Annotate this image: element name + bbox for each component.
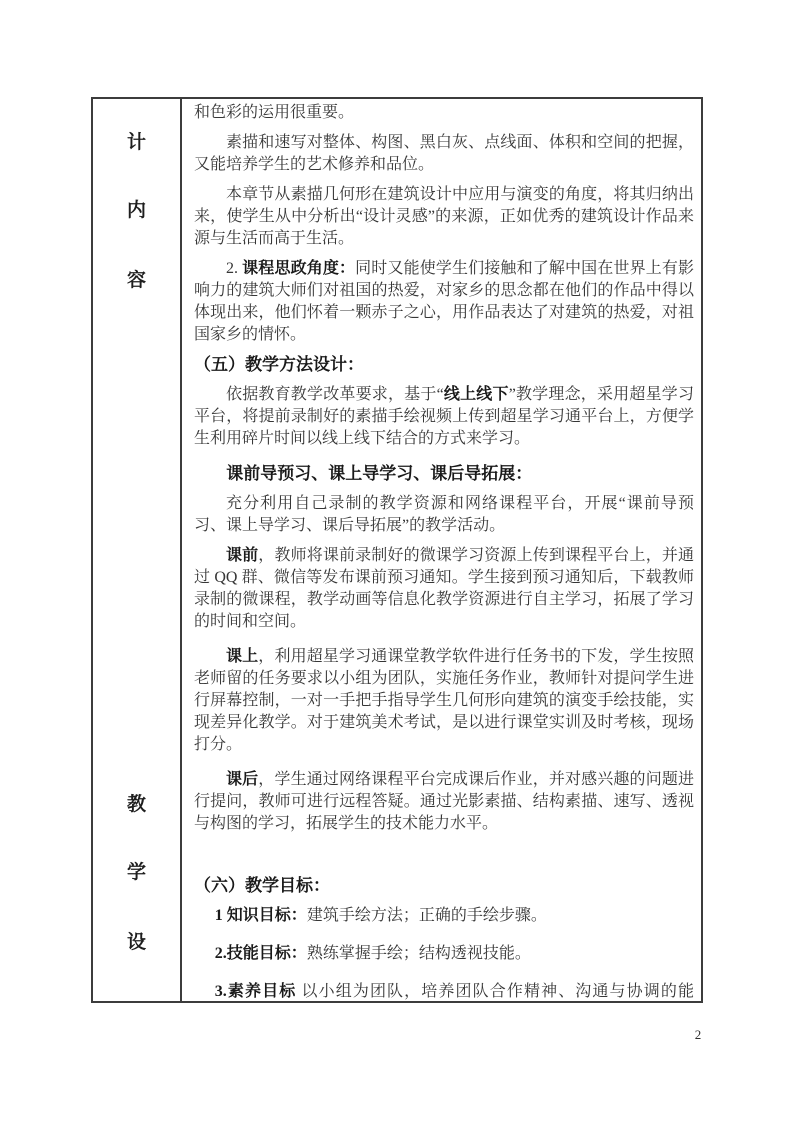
text-run: 1 知识目标： [215,907,307,924]
text-run: 课后 [226,771,258,788]
text-run: 建筑手绘方法；正确的手绘步骤。 [307,907,547,924]
paragraph: 素描和速写对整体、构图、黑白灰、点线面、体积和空间的把握，又能培养学生的艺术修养… [194,132,694,176]
text-run: 3.素养目标 [215,983,297,1000]
page-number: 2 [688,1027,708,1043]
text-run: （五）教学方法设计： [194,355,364,374]
section-heading: （五）教学方法设计： [194,354,694,376]
section-subheading: 课前导预习、课上导学习、课后导拓展： [194,463,694,485]
text-run: 充分利用自己录制的教学资源和网络课程平台，开展“课前导预习、课上导学习、课后导拓… [194,495,694,534]
text-run: 和色彩的运用很重要。 [194,104,354,121]
label-char: 设 [93,932,180,954]
text-run: 线上线下 [444,386,509,403]
text-run: ，利用超星学习通课堂教学软件进行任务书的下发，学生按照老师留的任务要求以小组为团… [194,648,694,753]
text-run: 本章节从素描几何形在建筑设计中应用与演变的角度，将其归纳出来，使学生从中分析出“… [194,186,694,247]
label-char: 计 [93,132,180,154]
goal-item: 3.素养目标 以小组为团队，培养团队合作精神、沟通与协调的能力。 [194,981,694,1001]
label-char: 内 [93,200,180,222]
goal-item: 2.技能目标：熟练掌握手绘；结构透视技能。 [194,943,694,965]
text-run: 课前导预习、课上导学习、课后导拓展： [226,464,532,483]
paragraph: 课上，利用超星学习通课堂教学软件进行任务书的下发，学生按照老师留的任务要求以小组… [194,646,694,756]
label-char: 教 [93,794,180,816]
table-label-cell: 计内容教学设 [93,99,182,1001]
text-run: 课前 [226,547,258,564]
label-char: 学 [93,862,180,884]
text-run: （六）教学目标： [194,876,330,895]
text-run: 课上 [226,648,258,665]
text-run: 熟练掌握手绘；结构透视技能。 [307,945,531,962]
paragraph: 本章节从素描几何形在建筑设计中应用与演变的角度，将其归纳出来，使学生从中分析出“… [194,184,694,250]
paragraph: 课前，教师将课前录制好的微课学习资源上传到课程平台上，并通过 QQ 群、微信等发… [194,545,694,633]
text-run: ，教师将课前录制好的微课学习资源上传到课程平台上，并通过 QQ 群、微信等发布课… [194,547,694,630]
text-run: 依据教育教学改革要求，基于“ [226,386,444,403]
goal-item: 1 知识目标：建筑手绘方法；正确的手绘步骤。 [194,905,694,927]
text-run: 素描和速写对整体、构图、黑白灰、点线面、体积和空间的把握，又能培养学生的艺术修养… [194,134,694,173]
text-run: 2. [226,260,242,277]
lesson-plan-table: 计内容教学设 和色彩的运用很重要。素描和速写对整体、构图、黑白灰、点线面、体积和… [91,97,703,1003]
table-content-cell: 和色彩的运用很重要。素描和速写对整体、构图、黑白灰、点线面、体积和空间的把握，又… [182,99,701,1001]
paragraph: 2. 课程思政角度：同时又能使学生们接触和了解中国在世界上有影响力的建筑大师们对… [194,258,694,346]
paragraph: 课后，学生通过网络课程平台完成课后作业，并对感兴趣的问题进行提问，教师可进行远程… [194,769,694,835]
paragraph: 和色彩的运用很重要。 [194,102,694,124]
text-run: ，学生通过网络课程平台完成课后作业，并对感兴趣的问题进行提问，教师可进行远程答疑… [194,771,694,832]
section-heading: （六）教学目标： [194,875,694,897]
paragraph: 依据教育教学改革要求，基于“线上线下”教学理念，采用超星学习平台，将提前录制好的… [194,384,694,450]
paragraph: 充分利用自己录制的教学资源和网络课程平台，开展“课前导预习、课上导学习、课后导拓… [194,493,694,537]
label-char: 容 [93,270,180,292]
text-run: 2.技能目标： [215,945,307,962]
text-run: 课程思政角度： [242,260,355,277]
